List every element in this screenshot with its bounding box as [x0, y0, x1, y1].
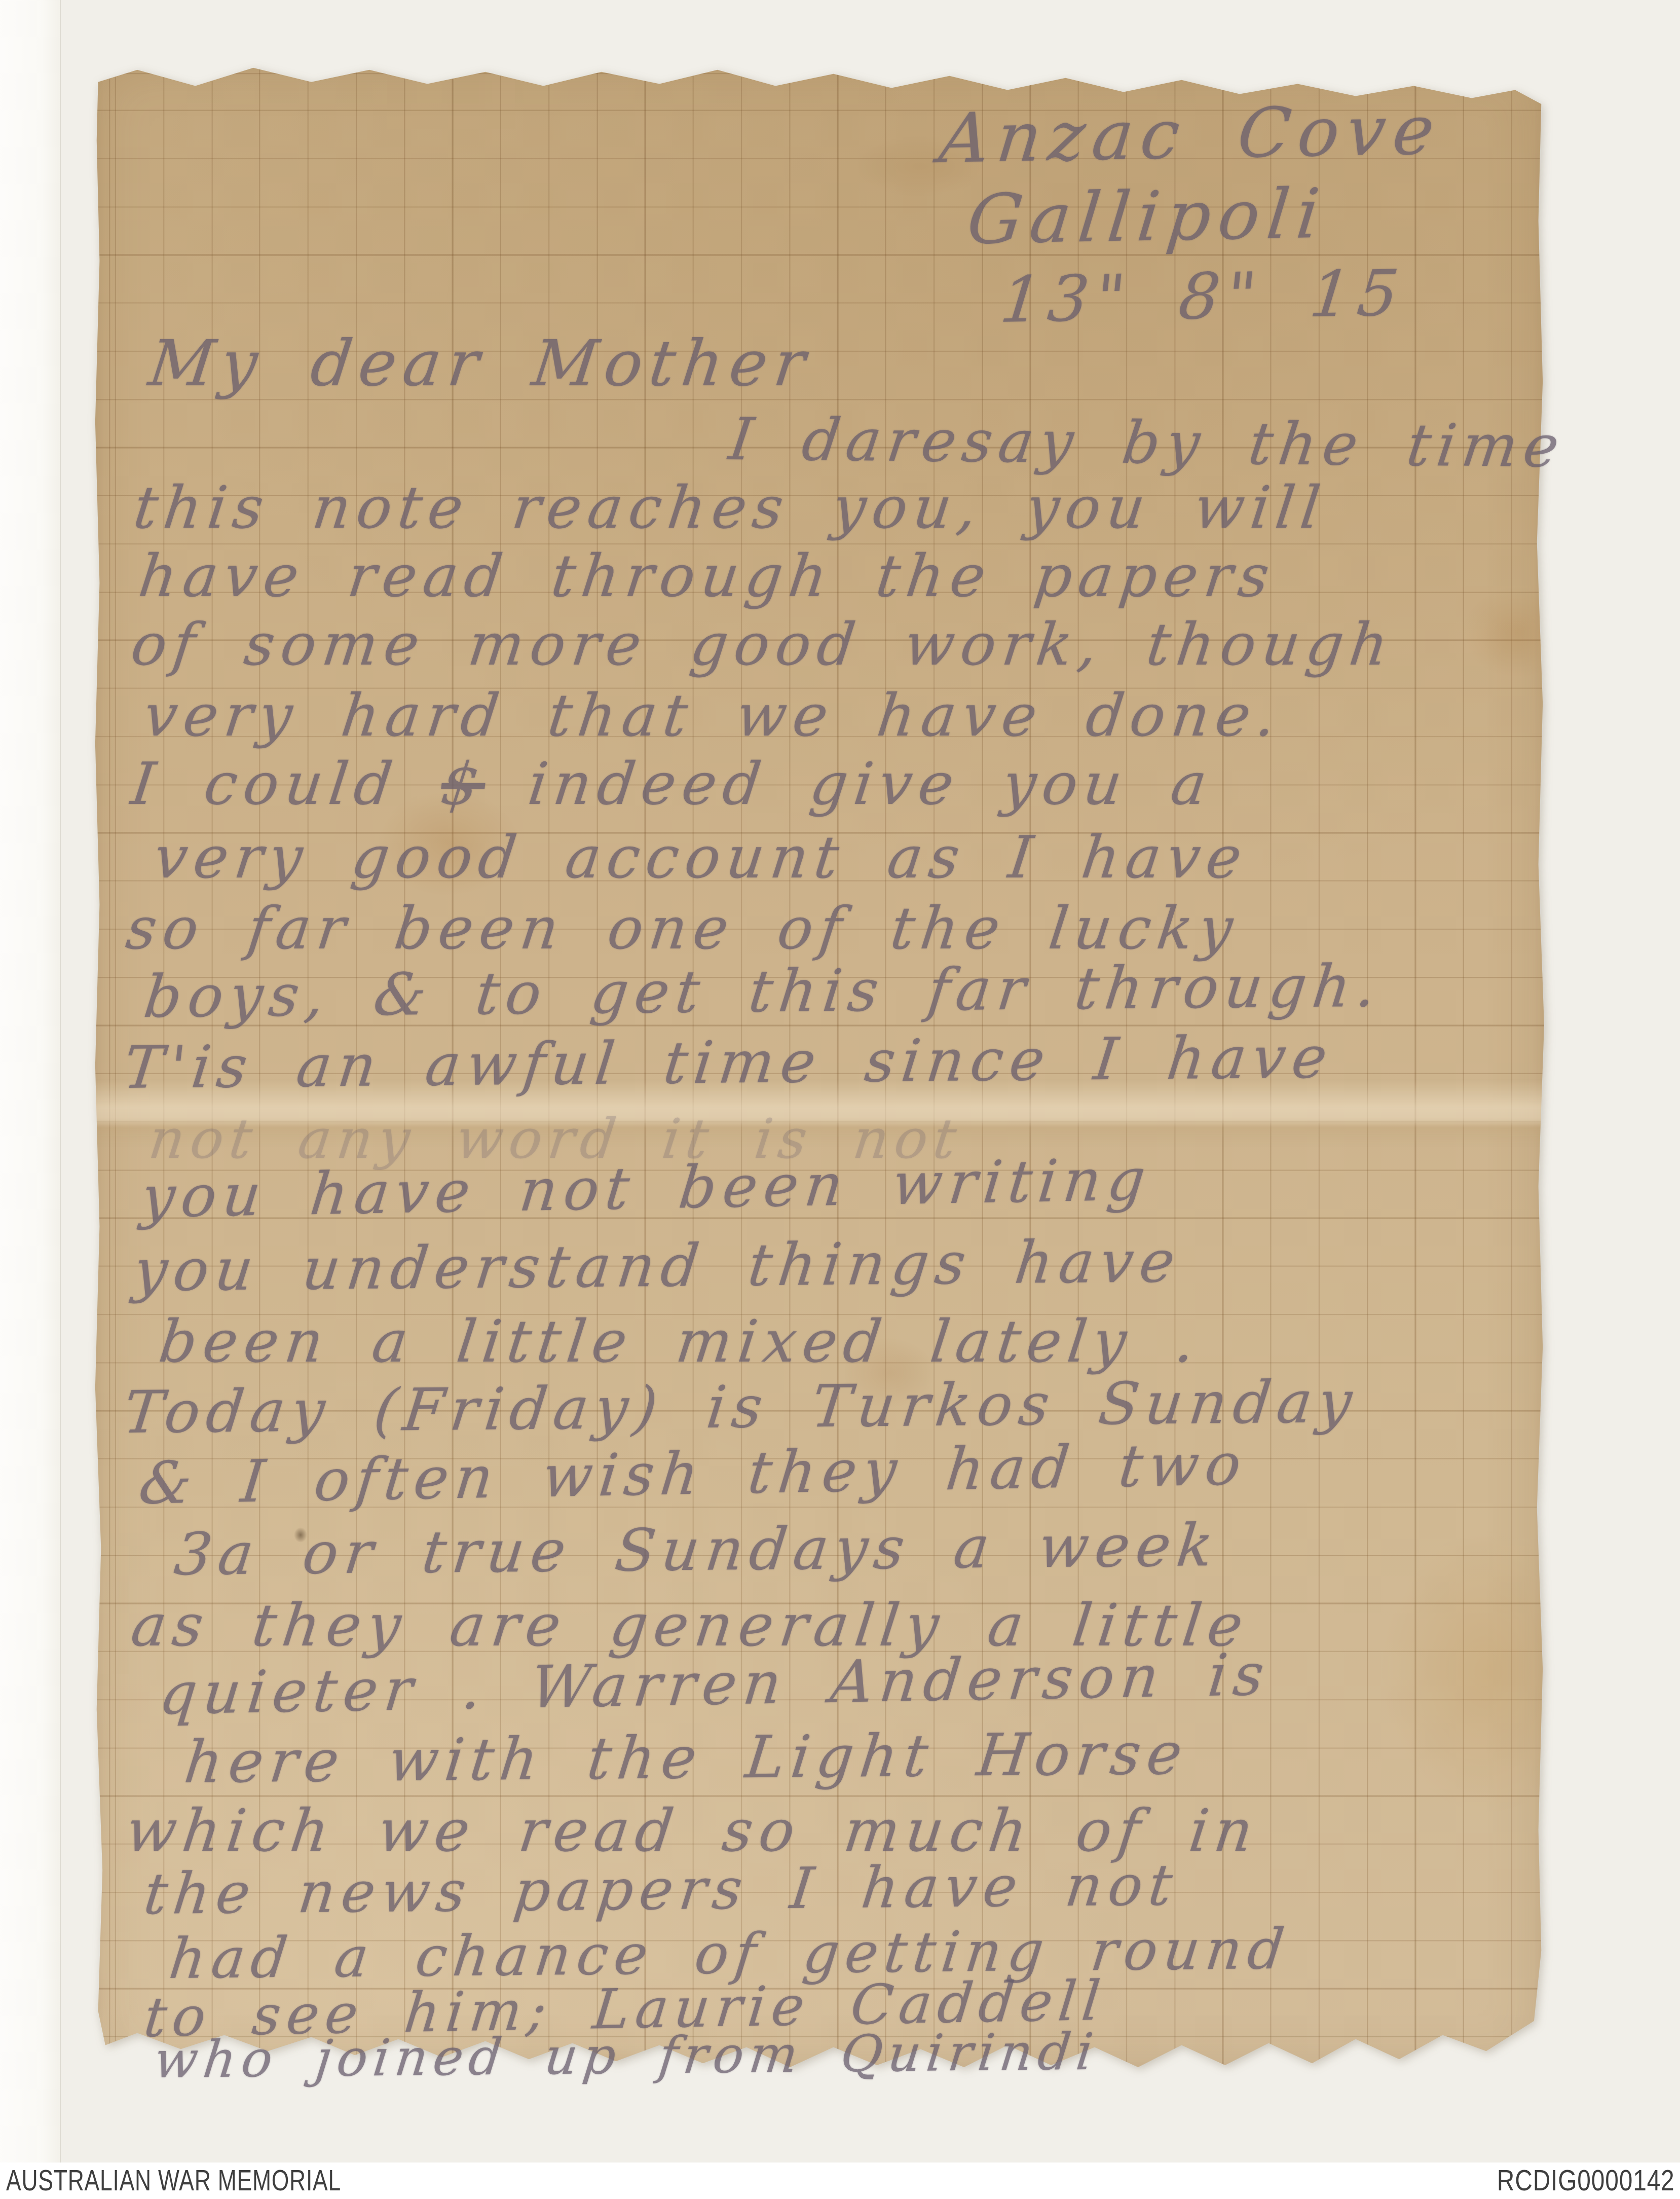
handwriting-line: I daresay by the time: [725, 406, 1569, 481]
salutation: My dear Mother: [145, 327, 816, 400]
handwriting-line: the news papers I have not: [141, 1852, 1182, 1927]
heading-place-line2: Gallipoli: [964, 174, 1331, 260]
heading-place-line1: Anzac Cove: [936, 90, 1446, 178]
handwriting-line: here with the Light Horse: [181, 1720, 1192, 1797]
heading-date: 13" 8" 15: [997, 256, 1409, 337]
handwriting-line: very hard that we have done.: [140, 682, 1286, 750]
scanned-letter-page: Anzac CoveGallipoli13" 8" 15My dear Moth…: [0, 0, 1680, 2199]
handwriting-line: 3a or true Sundays a week: [171, 1512, 1223, 1589]
footer-institution-label: AUSTRALIAN WAR MEMORIAL: [6, 2163, 341, 2199]
handwriting-line: you understand things have: [130, 1228, 1184, 1305]
handwriting-line: have read through the papers: [135, 542, 1279, 610]
handwriting-layer: Anzac CoveGallipoli13" 8" 15My dear Moth…: [0, 0, 1680, 2199]
handwriting-line: this note reaches you, you will: [130, 474, 1330, 542]
handwriting-line: of some more good work, though: [128, 611, 1398, 679]
handwriting-line: boys, & to get this far through.: [140, 952, 1386, 1031]
handwriting-line: I could $ indeed give you a: [128, 750, 1217, 818]
handwriting-word: I could: [128, 750, 446, 818]
handwriting-line: so far been one of the lucky: [123, 895, 1243, 963]
handwriting-word: indeed give you a: [481, 750, 1217, 818]
handwriting-line: T'is an awful time since I have: [120, 1023, 1337, 1102]
footer-bar: AUSTRALIAN WAR MEMORIAL RCDIG0000142: [0, 2163, 1680, 2199]
handwriting-line: very good account as I have: [151, 824, 1252, 892]
handwriting-line: who joined up from Quirindi: [151, 2022, 1101, 2090]
footer-record-id: RCDIG0000142: [1497, 2163, 1675, 2199]
handwriting-line: been a little mixed lately .: [156, 1308, 1205, 1376]
